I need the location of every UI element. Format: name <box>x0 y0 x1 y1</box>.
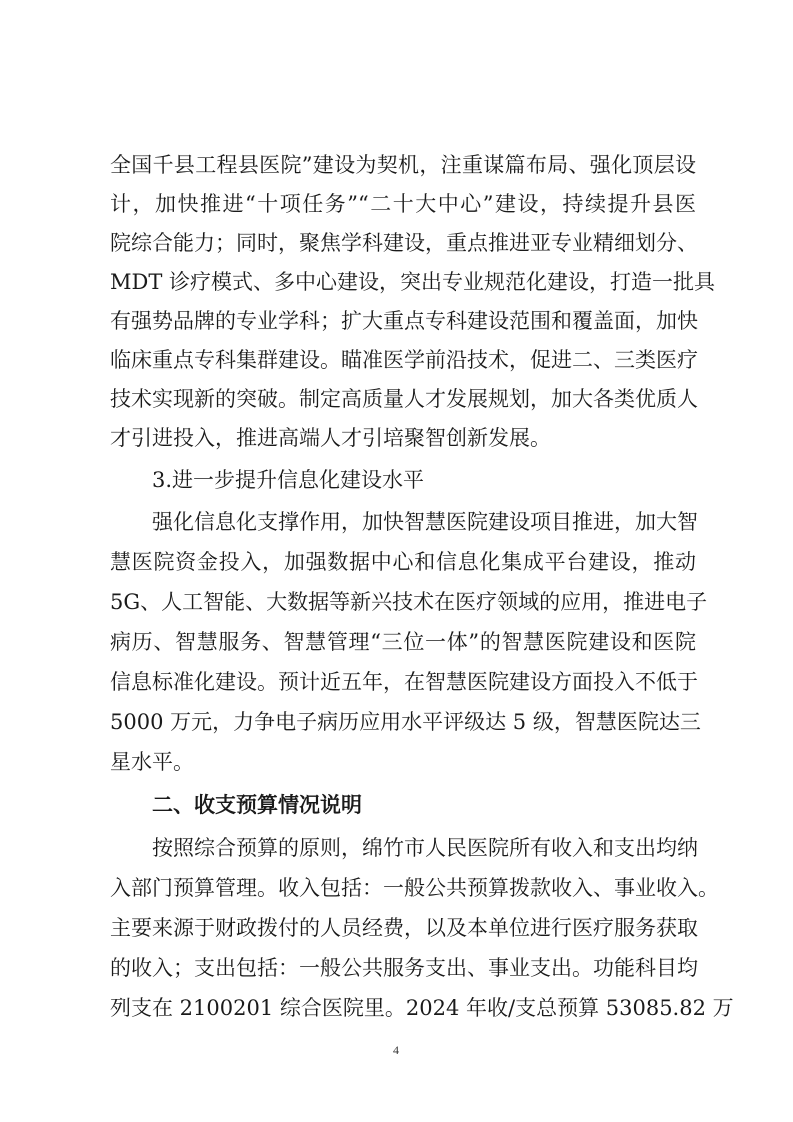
paragraph-1-line-8: 才引进投入，推进高端人才引培聚智创新发展。 <box>110 418 696 458</box>
paragraph-2-line-1: 强化信息化支撑作用，加快智慧医院建设项目推进，加大智 <box>152 502 696 542</box>
paragraph-2-line-2: 慧医院资金投入，加强数据中心和信息化集成平台建设，推动 <box>110 542 696 582</box>
page-number: 4 <box>386 1040 406 1060</box>
paragraph-1-line-7: 技术实现新的突破。制定高质量人才发展规划，加大各类优质人 <box>110 379 696 419</box>
paragraph-1-line-2: 计，加快推进“十项任务”“二十大中心”建设，持续提升县医 <box>110 184 696 224</box>
paragraph-2-line-3: 5G、人工智能、大数据等新兴技术在医疗领域的应用，推进电子 <box>110 582 696 622</box>
paragraph-3-line-2: 入部门预算管理。收入包括：一般公共预算拨款收入、事业收入。 <box>110 868 696 908</box>
paragraph-3-line-5: 列支在 2100201 综合医院里。2024 年收/支总预算 53085.82 … <box>110 988 696 1028</box>
paragraph-1-line-3: 院综合能力；同时，聚焦学科建设，重点推进亚专业精细划分、 <box>110 223 696 263</box>
paragraph-2-line-4: 病历、智慧服务、智慧管理“三位一体”的智慧医院建设和医院 <box>110 622 696 662</box>
paragraph-1-line-6: 临床重点专科集群建设。瞄准医学前沿技术，促进二、三类医疗 <box>110 340 696 380</box>
paragraph-2-line-7: 星水平。 <box>110 742 696 782</box>
paragraph-1-line-4: MDT 诊疗模式、多中心建设，突出专业规范化建设，打造一批具 <box>110 262 696 302</box>
paragraph-1-line-5: 有强势品牌的专业学科；扩大重点专科建设范围和覆盖面，加快 <box>110 301 696 341</box>
document-page: 全国千县工程县医院”建设为契机，注重谋篇布局、强化顶层设 计，加快推进“十项任务… <box>0 0 793 1122</box>
paragraph-3-line-4: 的收入；支出包括：一般公共服务支出、事业支出。功能科目均 <box>110 948 696 988</box>
paragraph-2-line-6: 5000 万元，力争电子病历应用水平评级达 5 级，智慧医院达三 <box>110 702 696 742</box>
subheading-3: 3.进一步提升信息化建设水平 <box>152 460 696 500</box>
paragraph-1-line-1: 全国千县工程县医院”建设为契机，注重谋篇布局、强化顶层设 <box>110 145 696 185</box>
section-heading-2: 二、收支预算情况说明 <box>152 785 696 825</box>
paragraph-3-line-3: 主要来源于财政拨付的人员经费，以及本单位进行医疗服务获取 <box>110 908 696 948</box>
paragraph-2-line-5: 信息标准化建设。预计近五年，在智慧医院建设方面投入不低于 <box>110 662 696 702</box>
paragraph-3-line-1: 按照综合预算的原则，绵竹市人民医院所有收入和支出均纳 <box>152 828 696 868</box>
